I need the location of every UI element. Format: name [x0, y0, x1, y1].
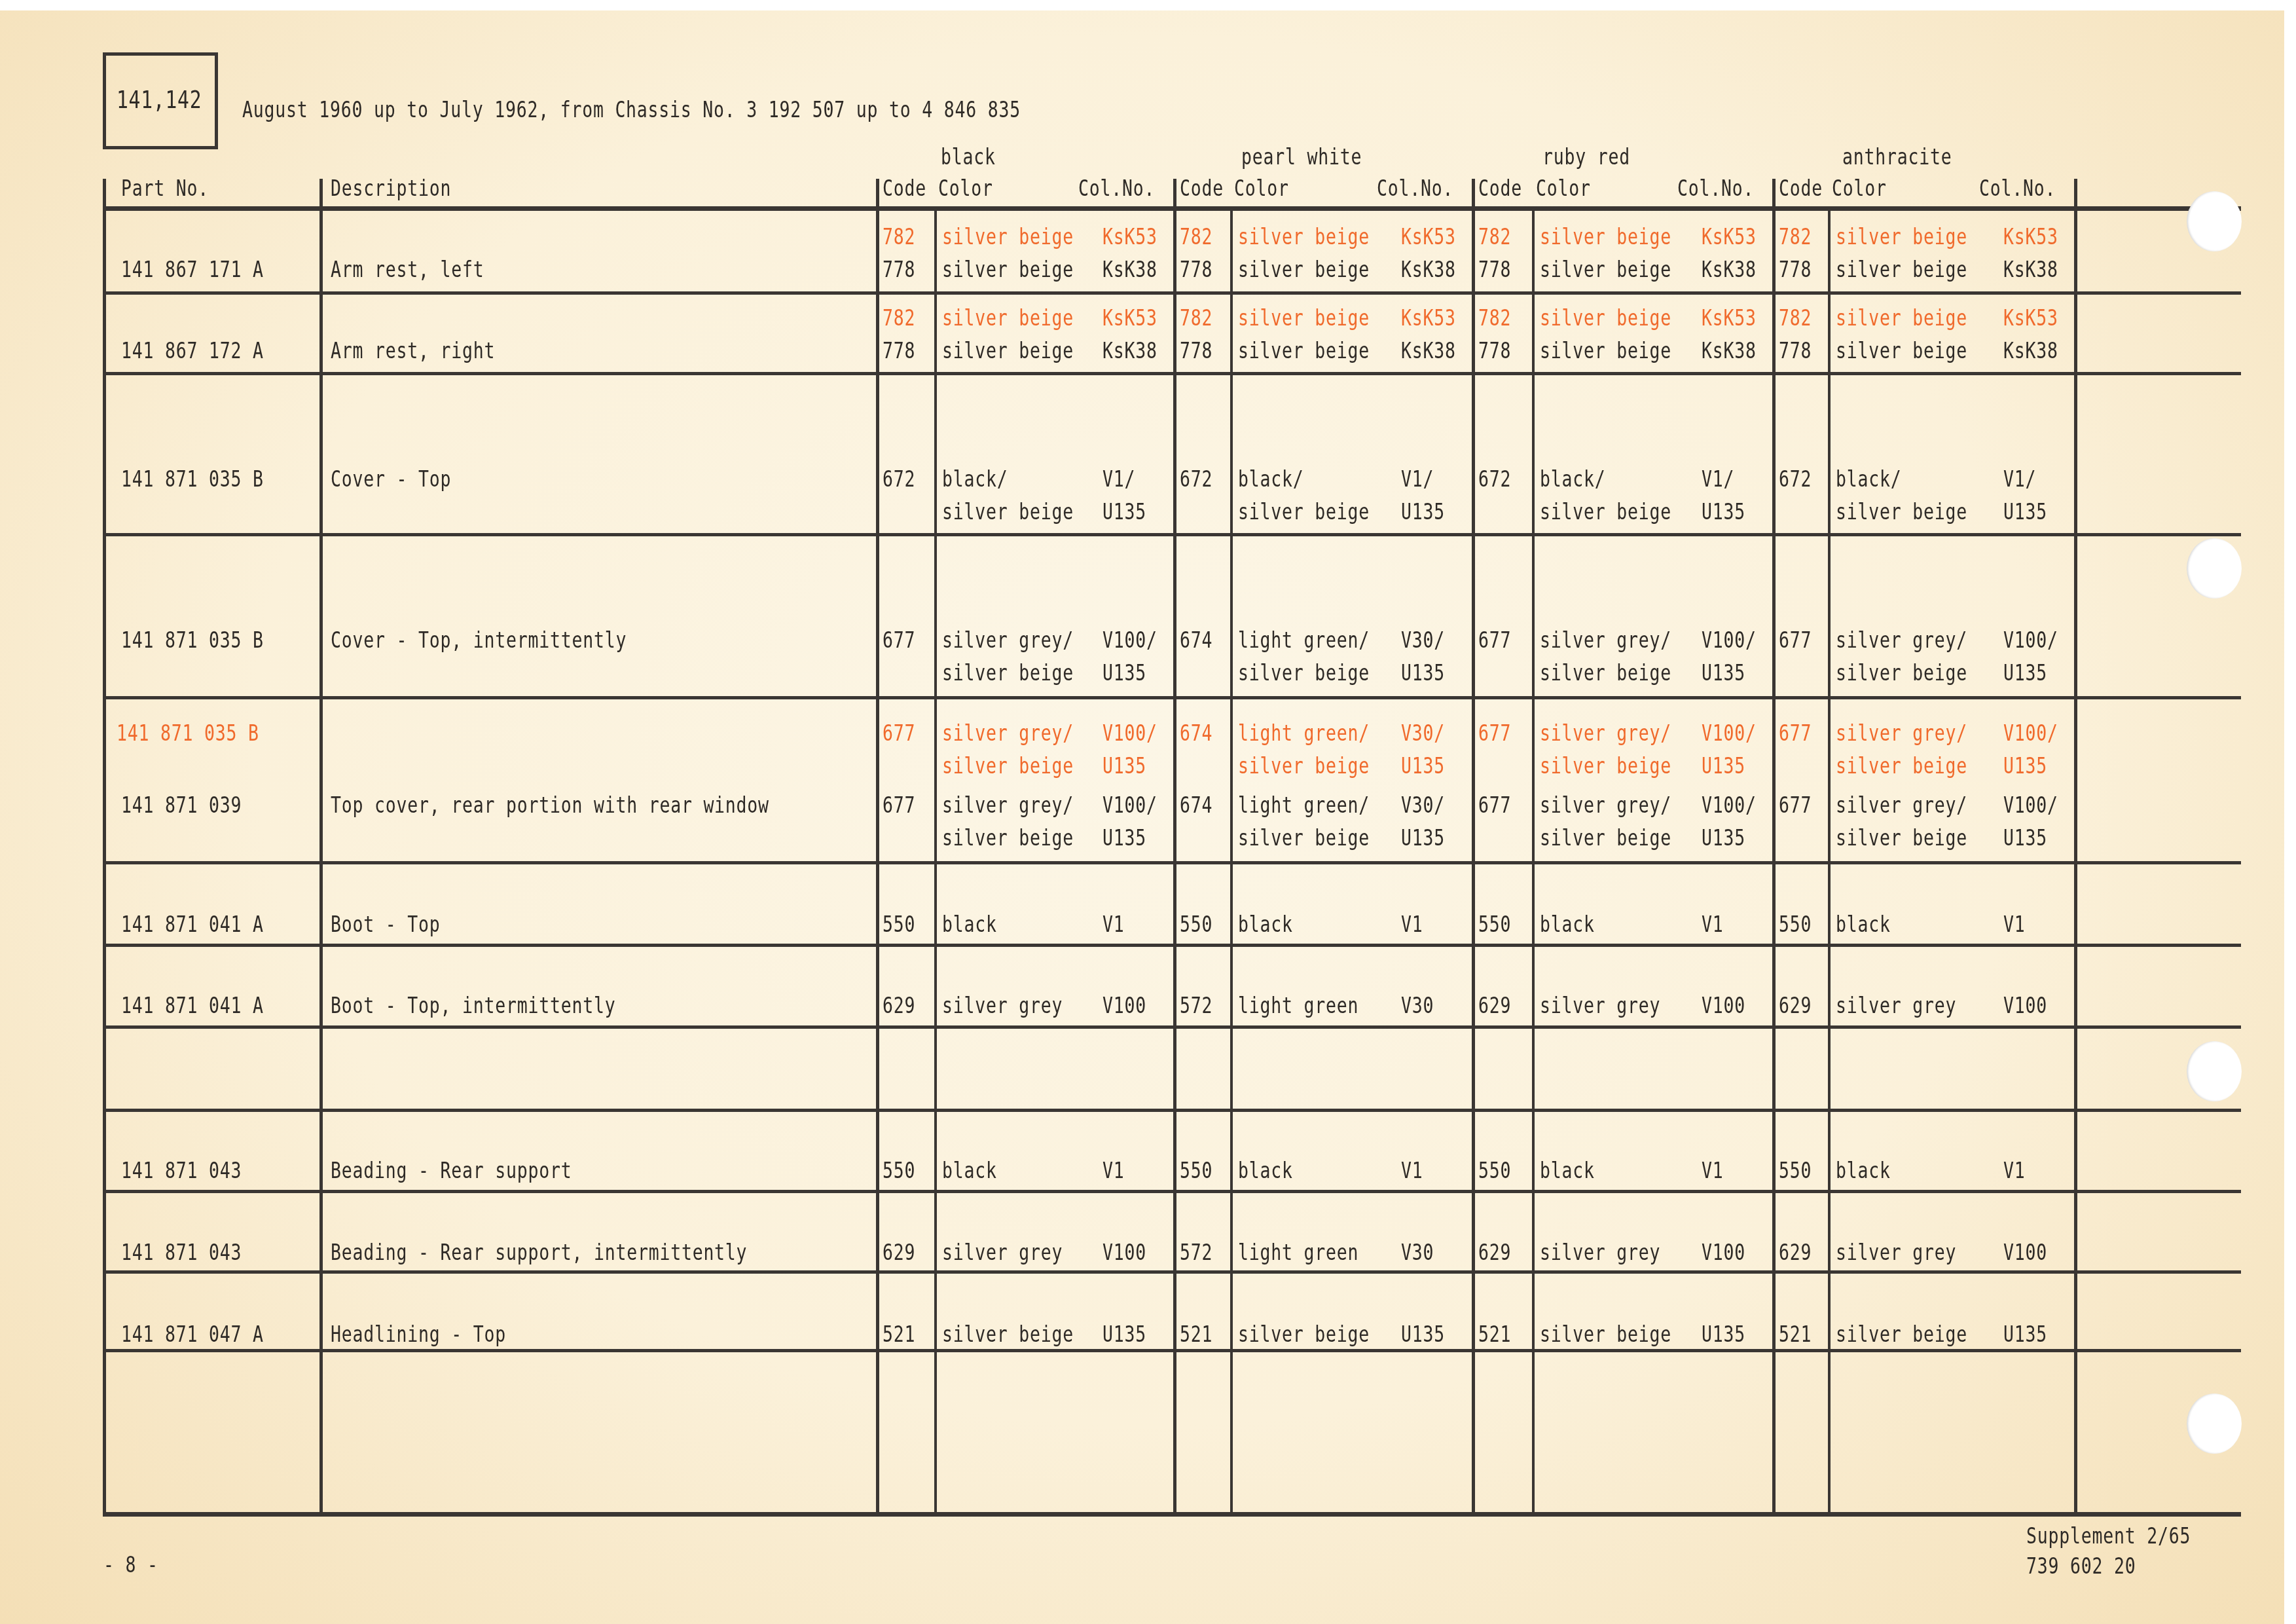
part-description: Boot - Top, intermittently	[331, 993, 615, 1019]
column-header-col-no: Col.No.	[1677, 175, 1754, 202]
paint-color: light green/	[1238, 720, 1370, 747]
paint-color: silver beige	[1238, 305, 1370, 331]
part-number: 141 871 047 A	[121, 1321, 264, 1348]
paint-col-no: KsK53	[2003, 305, 2058, 331]
paint-color: silver beige	[942, 257, 1074, 283]
paint-color-secondary: silver beige	[1540, 825, 1671, 851]
paint-code: 782	[1180, 305, 1212, 331]
paint-color: silver grey/	[1540, 720, 1671, 747]
paint-col-no: KsK53	[1102, 305, 1157, 331]
paint-col-no: V100	[1702, 1240, 1745, 1266]
paint-color: black	[1540, 912, 1595, 938]
table-rule-vertical	[1532, 206, 1535, 1516]
paint-col-no: V30	[1401, 1240, 1434, 1266]
paint-col-no: V100	[2003, 1240, 2047, 1266]
paint-col-no-secondary: U135	[2003, 499, 2047, 525]
paint-col-no: V100/	[1702, 627, 1757, 654]
part-description: Arm rest, left	[331, 257, 484, 283]
paint-code: 778	[1478, 257, 1511, 283]
table-rule-vertical	[103, 179, 106, 1516]
paint-col-no-secondary: U135	[2003, 660, 2047, 686]
part-number-new: 141 871 035 B	[117, 720, 259, 747]
paint-code: 674	[1180, 627, 1212, 654]
paint-color: silver grey	[1836, 993, 1956, 1019]
paint-color: light green/	[1238, 792, 1370, 819]
scan-border-right	[2284, 0, 2296, 1624]
table-rule-vertical	[934, 206, 937, 1516]
paint-color: silver grey/	[1836, 627, 1967, 654]
page-number: - 8 -	[103, 1552, 158, 1578]
paint-color: black	[1238, 1158, 1293, 1184]
paint-col-no: V1	[2003, 1158, 2026, 1184]
paint-col-no-secondary: U135	[1401, 499, 1445, 525]
paint-color: black	[942, 912, 997, 938]
paint-color: silver beige	[1836, 338, 1967, 364]
part-description: Beading - Rear support, intermittently	[331, 1240, 747, 1266]
paint-color: silver beige	[942, 224, 1074, 250]
paint-code: 521	[1478, 1321, 1511, 1348]
paint-code: 782	[883, 224, 915, 250]
paint-color: black/	[1540, 466, 1605, 492]
paint-col-no-secondary: U135	[1401, 660, 1445, 686]
paint-col-no: KsK38	[2003, 338, 2058, 364]
paint-color-secondary: silver beige	[1540, 499, 1671, 525]
part-number: 141 871 035 B	[121, 466, 264, 492]
paint-code: 778	[883, 257, 915, 283]
paint-code: 572	[1180, 1240, 1212, 1266]
paint-col-no: V100/	[2003, 792, 2058, 819]
paint-code: 778	[1180, 338, 1212, 364]
paint-code: 672	[1779, 466, 1812, 492]
part-number: 141 867 171 A	[121, 257, 264, 283]
paint-col-no: KsK38	[1702, 257, 1757, 283]
column-header-color: Color	[1234, 175, 1289, 202]
paint-code: 782	[1779, 224, 1812, 250]
table-rule-horizontal	[103, 291, 2241, 295]
table-rule-horizontal	[103, 1349, 2241, 1352]
paint-color-secondary: silver beige	[1836, 499, 1967, 525]
paint-group-black: black	[941, 144, 996, 170]
validity-note: August 1960 up to July 1962, from Chassi…	[242, 97, 1021, 123]
paint-color: black/	[1238, 466, 1303, 492]
part-number: 141 871 039	[121, 792, 242, 819]
paint-col-no: V1	[1702, 1158, 1724, 1184]
column-header-color: Color	[1832, 175, 1887, 202]
paint-code: 550	[1478, 912, 1511, 938]
paint-color: silver grey	[1540, 993, 1660, 1019]
table-rule-vertical	[876, 179, 879, 1516]
paint-col-no-secondary: U135	[1702, 499, 1745, 525]
binder-hole	[2187, 191, 2242, 251]
paint-col-no-secondary: U135	[1102, 499, 1146, 525]
paint-color: silver grey/	[1836, 792, 1967, 819]
paint-code: 629	[883, 1240, 915, 1266]
paint-color: light green	[1238, 1240, 1358, 1266]
paint-code: 677	[883, 627, 915, 654]
paint-code: 521	[883, 1321, 915, 1348]
part-description: Beading - Rear support	[331, 1158, 572, 1184]
paint-col-no-secondary: U135	[1401, 753, 1445, 779]
paint-col-no: V1	[1702, 912, 1724, 938]
paint-col-no: U135	[1401, 1321, 1445, 1348]
paint-code: 521	[1779, 1321, 1812, 1348]
table-rule-vertical	[1828, 206, 1831, 1516]
part-description: Boot - Top	[331, 912, 440, 938]
paint-color: black	[1238, 912, 1293, 938]
paint-col-no: V100/	[2003, 720, 2058, 747]
paint-col-no: V100	[1102, 1240, 1146, 1266]
paint-col-no: KsK53	[1702, 224, 1757, 250]
table-rule-vertical	[2074, 179, 2077, 1516]
paint-color: silver beige	[1836, 1321, 1967, 1348]
paint-col-no: U135	[2003, 1321, 2047, 1348]
paint-color: black	[1540, 1158, 1595, 1184]
paint-code: 782	[1180, 224, 1212, 250]
paint-col-no: V30/	[1401, 792, 1445, 819]
table-rule-horizontal	[103, 372, 2241, 375]
paint-col-no: V30	[1401, 993, 1434, 1019]
part-number: 141 871 043	[121, 1158, 242, 1184]
paint-color: silver grey	[942, 993, 1063, 1019]
paint-color-secondary: silver beige	[942, 499, 1074, 525]
paint-col-no: V1/	[1102, 466, 1135, 492]
paint-code: 672	[1478, 466, 1511, 492]
paint-code: 677	[1779, 792, 1812, 819]
paint-color: silver beige	[1836, 257, 1967, 283]
paint-col-no: V100/	[2003, 627, 2058, 654]
paint-code: 572	[1180, 993, 1212, 1019]
paint-color: black	[942, 1158, 997, 1184]
paint-col-no: V1/	[1401, 466, 1434, 492]
paint-code: 550	[1478, 1158, 1511, 1184]
paint-color: black	[1836, 912, 1891, 938]
paint-color: silver beige	[1540, 1321, 1671, 1348]
table-rule-horizontal	[103, 944, 2241, 947]
paint-code: 677	[883, 792, 915, 819]
paint-color-secondary: silver beige	[1836, 660, 1967, 686]
table-rule-horizontal	[103, 1270, 2241, 1274]
paint-col-no: V1	[2003, 912, 2026, 938]
paint-code: 629	[1779, 993, 1812, 1019]
paint-code: 674	[1180, 792, 1212, 819]
paint-code: 782	[883, 305, 915, 331]
paint-color: silver grey/	[942, 792, 1074, 819]
table-rule-horizontal	[103, 1025, 2241, 1029]
paint-code: 778	[1779, 257, 1812, 283]
binder-hole	[2187, 538, 2242, 599]
paint-col-no: V100/	[1102, 720, 1157, 747]
paint-col-no: V100/	[1102, 627, 1157, 654]
paint-color-secondary: silver beige	[1540, 753, 1671, 779]
part-number: 141 871 041 A	[121, 912, 264, 938]
part-description: Top cover, rear portion with rear window	[331, 792, 769, 819]
paint-code: 672	[883, 466, 915, 492]
paint-col-no: V100/	[1702, 792, 1757, 819]
column-header-code: Code	[1180, 175, 1224, 202]
paint-code: 550	[1779, 1158, 1812, 1184]
column-header-code: Code	[1478, 175, 1522, 202]
paint-col-no-secondary: U135	[1702, 753, 1745, 779]
paint-code: 521	[1180, 1321, 1212, 1348]
paint-col-no-secondary: U135	[1102, 660, 1146, 686]
paint-color-secondary: silver beige	[1836, 753, 1967, 779]
paint-color: silver grey/	[1540, 627, 1671, 654]
paint-color-secondary: silver beige	[942, 660, 1074, 686]
paint-code: 550	[883, 912, 915, 938]
paint-col-no: KsK38	[2003, 257, 2058, 283]
paint-code: 782	[1478, 224, 1511, 250]
paint-col-no-secondary: U135	[2003, 753, 2047, 779]
paint-col-no: V1	[1102, 912, 1125, 938]
paint-color: silver beige	[942, 1321, 1074, 1348]
paint-color: silver beige	[1540, 305, 1671, 331]
part-description: Arm rest, right	[331, 338, 495, 364]
table-rule-vertical	[319, 179, 323, 1516]
column-header-col-no: Col.No.	[1377, 175, 1453, 202]
paint-color-secondary: silver beige	[942, 753, 1074, 779]
paint-color: silver beige	[1836, 224, 1967, 250]
paint-col-no-secondary: U135	[1102, 753, 1146, 779]
paint-code: 629	[883, 993, 915, 1019]
paint-col-no: KsK53	[2003, 224, 2058, 250]
paint-col-no: V100/	[1702, 720, 1757, 747]
paint-color: silver beige	[1540, 224, 1671, 250]
table-rule-horizontal	[103, 1512, 2241, 1517]
paint-color: silver beige	[1238, 257, 1370, 283]
paint-code: 782	[1779, 305, 1812, 331]
column-header-code: Code	[1779, 175, 1823, 202]
paint-group-pearl-white: pearl white	[1241, 144, 1362, 170]
table-rule-horizontal	[103, 533, 2241, 536]
paint-color-secondary: silver beige	[1238, 753, 1370, 779]
paint-color: black/	[1836, 466, 1901, 492]
paint-col-no-secondary: U135	[2003, 825, 2047, 851]
paint-col-no-secondary: U135	[1702, 825, 1745, 851]
document-number: 739 602 20	[2026, 1553, 2136, 1579]
part-number: 141 871 043	[121, 1240, 242, 1266]
supplement-label: Supplement 2/65	[2026, 1523, 2191, 1549]
paint-col-no: KsK53	[1702, 305, 1757, 331]
column-header-part-no: Part No.	[121, 175, 209, 202]
paint-col-no: KsK38	[1702, 338, 1757, 364]
paint-color-secondary: silver beige	[1238, 499, 1370, 525]
paint-color: black/	[942, 466, 1008, 492]
paint-color-secondary: silver beige	[942, 825, 1074, 851]
paint-col-no: V1/	[1702, 466, 1734, 492]
part-description: Cover - Top	[331, 466, 451, 492]
part-description: Cover - Top, intermittently	[331, 627, 627, 654]
paint-color: silver grey/	[942, 720, 1074, 747]
paint-col-no: V30/	[1401, 627, 1445, 654]
paint-color: silver beige	[1238, 224, 1370, 250]
paint-color: silver grey	[1540, 1240, 1660, 1266]
paint-code: 778	[1180, 257, 1212, 283]
paint-col-no-secondary: U135	[1401, 825, 1445, 851]
paint-code: 677	[1478, 720, 1511, 747]
column-header-description: Description	[331, 175, 451, 202]
table-rule-vertical	[1772, 179, 1776, 1516]
paint-code: 782	[1478, 305, 1511, 331]
paint-code: 674	[1180, 720, 1212, 747]
paint-col-no: KsK53	[1102, 224, 1157, 250]
column-header-color: Color	[938, 175, 993, 202]
column-header-code: Code	[883, 175, 926, 202]
part-description: Headlining - Top	[331, 1321, 506, 1348]
table-rule-horizontal	[103, 1109, 2241, 1112]
paint-code: 677	[1478, 627, 1511, 654]
table-rule-horizontal	[103, 861, 2241, 864]
paint-code: 672	[1180, 466, 1212, 492]
paint-code: 550	[883, 1158, 915, 1184]
paint-col-no: KsK38	[1401, 257, 1456, 283]
paint-code: 550	[1180, 912, 1212, 938]
paint-code: 677	[1779, 720, 1812, 747]
paint-col-no: KsK38	[1401, 338, 1456, 364]
paint-color: silver grey/	[1540, 792, 1671, 819]
paint-code: 778	[1779, 338, 1812, 364]
scan-border-top	[0, 0, 2296, 10]
paint-col-no: V100/	[1102, 792, 1157, 819]
paint-color: silver grey/	[942, 627, 1074, 654]
paint-col-no: V1	[1401, 1158, 1423, 1184]
binder-hole	[2187, 1041, 2242, 1101]
paint-color: silver grey/	[1836, 720, 1967, 747]
paint-group-anthracite: anthracite	[1842, 144, 1952, 170]
paint-color: silver beige	[1540, 257, 1671, 283]
model-number: 141,142	[117, 86, 202, 113]
column-header-col-no: Col.No.	[1078, 175, 1155, 202]
paint-code: 629	[1779, 1240, 1812, 1266]
table-rule-horizontal	[103, 206, 2241, 211]
part-number: 141 871 035 B	[121, 627, 264, 654]
column-header-col-no: Col.No.	[1979, 175, 2056, 202]
paint-code: 629	[1478, 993, 1511, 1019]
paint-col-no: KsK53	[1401, 224, 1456, 250]
paint-code: 677	[1478, 792, 1511, 819]
paint-col-no: KsK38	[1102, 257, 1157, 283]
table-rule-horizontal	[103, 696, 2241, 699]
paint-color: silver beige	[1238, 1321, 1370, 1348]
paint-color: black	[1836, 1158, 1891, 1184]
table-rule-vertical	[1173, 179, 1176, 1516]
table-rule-vertical	[1472, 179, 1475, 1516]
paint-col-no: V100	[1702, 993, 1745, 1019]
table-rule-vertical	[1230, 206, 1233, 1516]
paint-col-no: V100	[1102, 993, 1146, 1019]
column-header-color: Color	[1536, 175, 1591, 202]
paint-col-no: U135	[1102, 1321, 1146, 1348]
paint-col-no: V1	[1401, 912, 1423, 938]
paint-col-no: V1/	[2003, 466, 2036, 492]
paint-col-no: V1	[1102, 1158, 1125, 1184]
paint-col-no: V100	[2003, 993, 2047, 1019]
paint-color-secondary: silver beige	[1238, 825, 1370, 851]
paint-code: 629	[1478, 1240, 1511, 1266]
paint-color: silver beige	[1238, 338, 1370, 364]
paint-code: 778	[883, 338, 915, 364]
paint-color: silver grey	[942, 1240, 1063, 1266]
paint-col-no-secondary: U135	[1702, 660, 1745, 686]
paint-group-ruby-red: ruby red	[1542, 144, 1630, 170]
paint-color-secondary: silver beige	[1540, 660, 1671, 686]
paint-color: light green/	[1238, 627, 1370, 654]
paint-code: 677	[883, 720, 915, 747]
paint-col-no: KsK38	[1102, 338, 1157, 364]
paint-code: 550	[1180, 1158, 1212, 1184]
paint-code: 677	[1779, 627, 1812, 654]
paint-color: light green	[1238, 993, 1358, 1019]
paint-col-no: U135	[1702, 1321, 1745, 1348]
paint-color: silver beige	[942, 305, 1074, 331]
paint-color: silver beige	[942, 338, 1074, 364]
paint-col-no: KsK53	[1401, 305, 1456, 331]
paint-col-no-secondary: U135	[1102, 825, 1146, 851]
paint-color: silver beige	[1836, 305, 1967, 331]
part-number: 141 867 172 A	[121, 338, 264, 364]
paint-code: 778	[1478, 338, 1511, 364]
paint-color-secondary: silver beige	[1836, 825, 1967, 851]
binder-hole	[2187, 1393, 2242, 1454]
paint-col-no: V30/	[1401, 720, 1445, 747]
paint-code: 550	[1779, 912, 1812, 938]
part-number: 141 871 041 A	[121, 993, 264, 1019]
paint-color-secondary: silver beige	[1238, 660, 1370, 686]
paint-color: silver beige	[1540, 338, 1671, 364]
paint-color: silver grey	[1836, 1240, 1956, 1266]
table-rule-horizontal	[103, 1190, 2241, 1193]
